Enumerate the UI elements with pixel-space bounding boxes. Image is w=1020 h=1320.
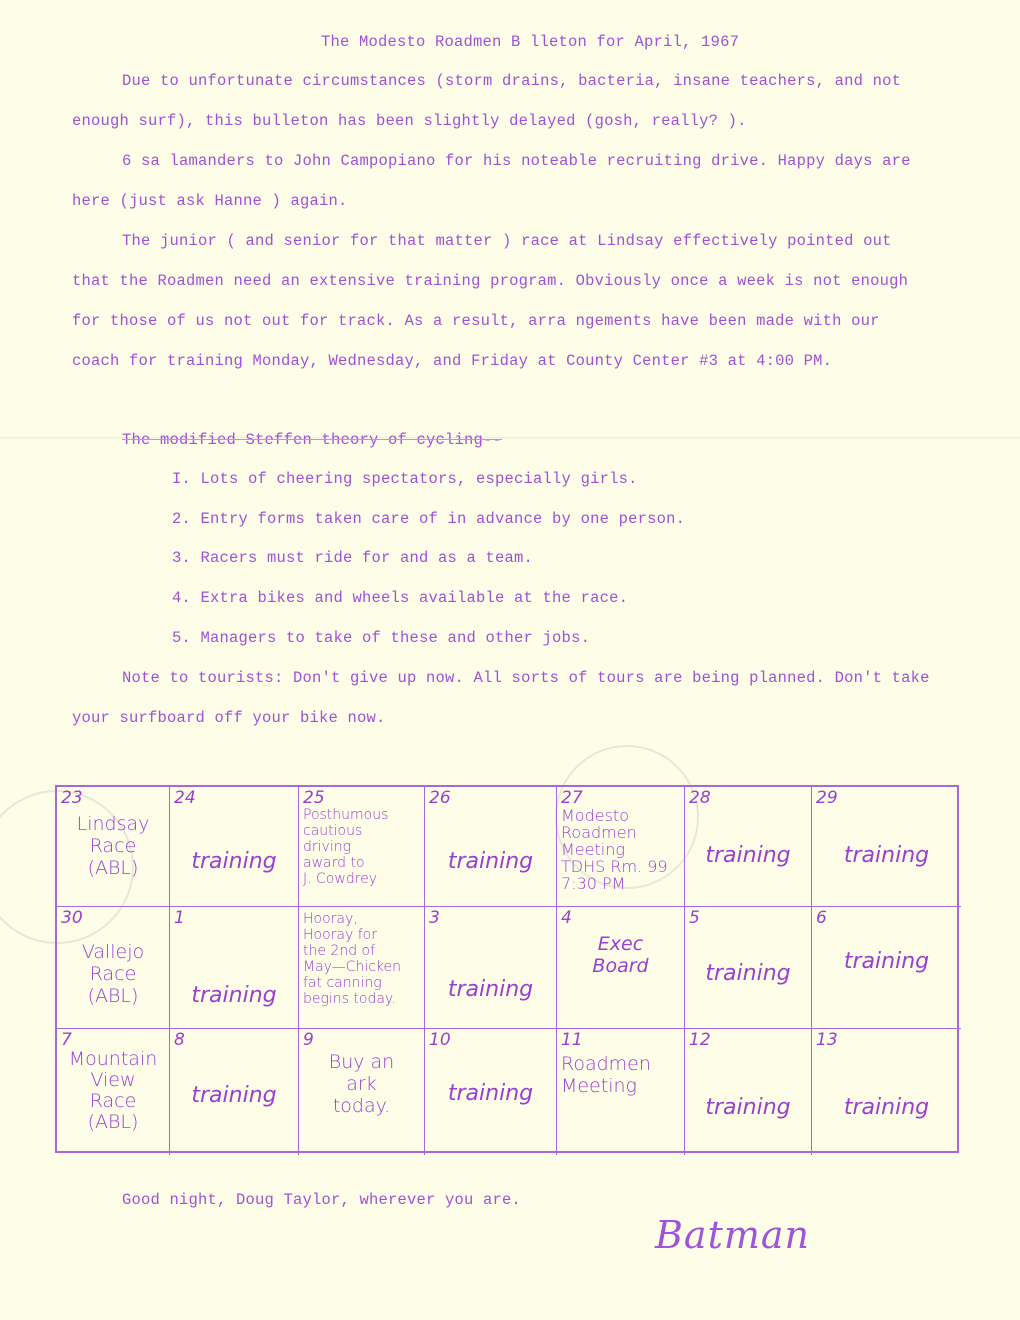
day-note: Modesto Roadmen Meeting TDHS Rm. 99 7:30… (561, 807, 680, 892)
day-number: 28 (689, 789, 807, 807)
calendar-cell: 13training (812, 1029, 961, 1155)
day-number: 5 (689, 909, 807, 927)
day-number: 10 (429, 1031, 552, 1049)
day-note: training (174, 985, 294, 1007)
day-number: 13 (816, 1031, 957, 1049)
day-note: Mountain View Race (ABL) (61, 1049, 165, 1133)
day-number: 8 (174, 1031, 294, 1049)
day-number: 1 (174, 909, 294, 927)
day-note: Exec Board (561, 933, 680, 977)
day-number: 3 (429, 909, 552, 927)
calendar-cell: 9Buy an ark today. (299, 1029, 425, 1155)
paragraph-training: The junior ( and senior for that matter … (72, 221, 932, 381)
theory-item: 5. Managers to take of these and other j… (172, 618, 590, 658)
day-number: 24 (174, 789, 294, 807)
day-number: 4 (561, 909, 680, 927)
bulletin-page: The Modesto Roadmen B lleton for April, … (0, 0, 1020, 1320)
calendar-cell: 5training (685, 907, 812, 1029)
calendar-cell: 4Exec Board (557, 907, 685, 1029)
training-calendar: 23Lindsay Race (ABL) 24training 25Posthu… (55, 785, 959, 1153)
day-number: 26 (429, 789, 552, 807)
day-number: 27 (561, 789, 680, 807)
theory-heading: The modified Steffen theory of cycling-- (122, 420, 502, 460)
calendar-cell: 25Posthumous cautious driving award to J… (299, 787, 425, 907)
calendar-cell: 6training (812, 907, 961, 1029)
calendar-cell: 12training (685, 1029, 812, 1155)
calendar-cell: 26training (425, 787, 557, 907)
calendar-cell: 24training (170, 787, 299, 907)
day-note: training (689, 963, 807, 985)
calendar-cell: 8training (170, 1029, 299, 1155)
calendar-cell: 30Vallejo Race (ABL) (57, 907, 170, 1029)
day-note: Posthumous cautious driving award to J. … (303, 807, 420, 887)
day-number: 7 (61, 1031, 165, 1049)
calendar-cell: 10training (425, 1029, 557, 1155)
day-number: 30 (61, 909, 165, 927)
day-number: 6 (816, 909, 957, 927)
paragraph-delay: Due to unfortunate circumstances (storm … (72, 61, 932, 141)
calendar-cell: 29training (812, 787, 961, 907)
calendar-cell: 3training (425, 907, 557, 1029)
day-note: training (689, 1097, 807, 1119)
theory-item: 3. Racers must ride for and as a team. (172, 538, 533, 578)
day-note: training (689, 845, 807, 867)
calendar-cell: 11Roadmen Meeting (557, 1029, 685, 1155)
day-note: training (429, 851, 552, 873)
day-note: training (429, 979, 552, 1001)
theory-item: 2. Entry forms taken care of in advance … (172, 499, 685, 539)
calendar-cell: 23Lindsay Race (ABL) (57, 787, 170, 907)
signature: Batman (655, 1213, 810, 1257)
day-number: 9 (303, 1031, 420, 1049)
paragraph-tourists: Note to tourists: Don't give up now. All… (72, 658, 932, 738)
day-number: 29 (816, 789, 957, 807)
theory-item: I. Lots of cheering spectators, especial… (172, 459, 638, 499)
calendar-cell: 7Mountain View Race (ABL) (57, 1029, 170, 1155)
day-note: training (174, 1085, 294, 1107)
day-note: training (816, 951, 957, 973)
day-number: 25 (303, 789, 420, 807)
calendar-cell: 1training (170, 907, 299, 1029)
day-note: Lindsay Race (ABL) (61, 813, 165, 879)
day-note: training (174, 851, 294, 873)
day-note: Vallejo Race (ABL) (61, 941, 165, 1007)
day-note: Roadmen Meeting (561, 1053, 680, 1097)
day-note: training (816, 845, 957, 867)
calendar-cell: 2Hooray, Hooray for the 2nd of May—Chick… (299, 907, 425, 1029)
theory-item: 4. Extra bikes and wheels available at t… (172, 578, 628, 618)
day-number: 11 (561, 1031, 680, 1049)
calendar-cell: 27Modesto Roadmen Meeting TDHS Rm. 99 7:… (557, 787, 685, 907)
bulletin-title: The Modesto Roadmen B lleton for April, … (321, 22, 739, 62)
day-note: training (429, 1083, 552, 1105)
day-note: training (816, 1097, 957, 1119)
day-number: 12 (689, 1031, 807, 1049)
calendar-cell: 28training (685, 787, 812, 907)
day-number: 23 (61, 789, 165, 807)
day-note: Buy an ark today. (303, 1051, 420, 1117)
paragraph-salamanders: 6 sa lamanders to John Campopiano for hi… (72, 141, 932, 221)
day-note: Hooray, Hooray for the 2nd of May—Chicke… (303, 911, 420, 1007)
closing-line: Good night, Doug Taylor, wherever you ar… (122, 1180, 521, 1220)
